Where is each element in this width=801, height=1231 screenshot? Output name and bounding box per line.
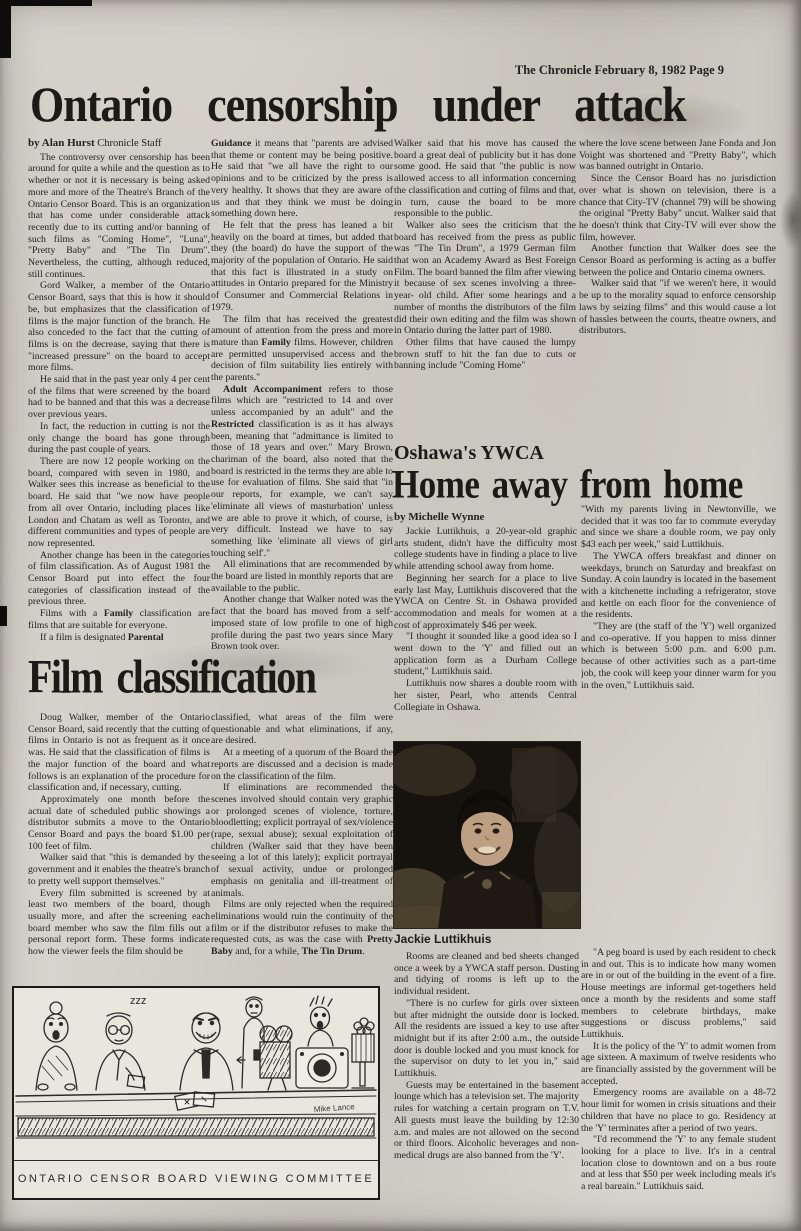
classification-column-2: classified, what areas of the film were …	[211, 712, 393, 974]
ywca-column-left-bottom: Rooms are cleaned and bed sheets changed…	[394, 951, 579, 1179]
jackie-luttikhuis-photo	[394, 742, 580, 928]
paragraph: Walker said that "if we weren't here, it…	[579, 278, 776, 337]
paragraph: Walker also sees the criticism that the …	[394, 220, 576, 337]
ywca-column-right-bottom: "A peg board is used by each resident to…	[581, 947, 776, 1189]
paragraph: The YWCA offers breakfast and dinner on …	[581, 551, 776, 621]
scan-artifact	[0, 606, 7, 626]
scan-smudge	[780, 190, 801, 250]
scan-artifact	[0, 0, 92, 6]
paragraph: Luttikhuis now shares a double room with…	[394, 678, 577, 713]
column-text: Jackie Luttikhuis, a 20-year-old graphic…	[394, 526, 577, 713]
byline-credit: Chronicle Staff	[95, 138, 162, 149]
paragraph: Beginning her search for a place to live…	[394, 573, 577, 632]
paragraph: The film that has received the greatest …	[211, 314, 393, 384]
paragraph: Jackie Luttikhuis, a 20-year-old graphic…	[394, 526, 577, 573]
ywca-column-left-top: Jackie Luttikhuis, a 20-year-old graphic…	[394, 526, 577, 740]
editorial-cartoon: zzz	[12, 986, 380, 1200]
paragraph: If a film is designated Parental	[28, 632, 210, 644]
paragraph: In fact, the reduction in cutting is not…	[28, 421, 210, 456]
paragraph: Every film submitted is screened by at l…	[28, 888, 210, 958]
paragraph: where the love scene between Jane Fonda …	[579, 138, 776, 173]
paragraph: Rooms are cleaned and bed sheets changed…	[394, 951, 579, 998]
column-text: Walker said that his move has caused the…	[394, 138, 576, 372]
paragraph: Another function that Walker does see th…	[579, 243, 776, 278]
cartoon-woman-bun	[50, 1002, 62, 1014]
paragraph: Since the Censor Board has no jurisdicti…	[579, 173, 776, 243]
scan-artifact	[0, 0, 11, 58]
column-text: "A peg board is used by each resident to…	[581, 947, 776, 1189]
paragraph: "I'd recommend the 'Y' to any female stu…	[581, 1134, 776, 1189]
censorship-column-4: where the love scene between Jane Fonda …	[579, 138, 776, 440]
paragraph: Guests may be entertained in the basemen…	[394, 1080, 579, 1162]
column-text: Rooms are cleaned and bed sheets changed…	[394, 951, 579, 1162]
snore-zzz: zzz	[130, 995, 147, 1007]
censorship-column-3: Walker said that his move has caused the…	[394, 138, 576, 440]
paragraph: He felt that the press has leaned a bit …	[211, 220, 393, 314]
paragraph: At a meeting of a quorum of the Board th…	[211, 747, 393, 782]
column-text: The controversy over censorship has been…	[28, 152, 210, 644]
paragraph: Approximately one month before the actua…	[28, 794, 210, 853]
column-text: "With my parents living in Newtonville, …	[581, 504, 776, 691]
column-text: Guidance it means that "parents are advi…	[211, 138, 393, 652]
byline-author: by Alan Hurst	[28, 138, 95, 149]
paragraph: If eliminations are recommended the scen…	[211, 782, 393, 899]
paragraph: classified, what areas of the film were …	[211, 712, 393, 747]
paragraph: Walker said that his move has caused the…	[394, 138, 576, 220]
censorship-byline: by Alan Hurst Chronicle Staff	[28, 138, 210, 150]
paragraph: Another change that Walker noted was the…	[211, 594, 393, 652]
censorship-headline: Ontario censorship under attack	[30, 76, 778, 133]
paragraph: "With my parents living in Newtonville, …	[581, 504, 776, 551]
paragraph: Films with a Family classification are f…	[28, 608, 210, 631]
cartoon-caption: ONTARIO CENSOR BOARD VIEWING COMMITTEE	[14, 1160, 378, 1197]
paragraph: Films are only rejected when the require…	[211, 899, 393, 958]
paragraph: Another change has been in the categorie…	[28, 550, 210, 609]
paragraph: Adult Accompaniment refers to those film…	[211, 384, 393, 560]
paragraph: "They are (the staff of the 'Y') well or…	[581, 621, 776, 691]
newspaper-page: The Chronicle February 8, 1982 Page 9 On…	[0, 0, 801, 1231]
ywca-byline: by Michelle Wynne	[394, 511, 484, 523]
paragraph: "I thought it sounded like a good idea s…	[394, 631, 577, 678]
paragraph: It is the policy of the 'Y' to admit wom…	[581, 1041, 776, 1088]
cartoonist-signature: Mike Lance	[314, 1102, 356, 1114]
paragraph: He said that in the past year only 4 per…	[28, 374, 210, 421]
paragraph: Other films that have caused the lumpy b…	[394, 337, 576, 372]
paragraph: "A peg board is used by each resident to…	[581, 947, 776, 1041]
paragraph: The controversy over censorship has been…	[28, 152, 210, 281]
photo-image	[394, 742, 580, 928]
paragraph: All eliminations that are recommended by…	[211, 559, 393, 594]
column-text: where the love scene between Jane Fonda …	[579, 138, 776, 337]
photo-caption: Jackie Luttikhuis	[394, 932, 491, 946]
classification-headline: Film classification	[28, 648, 394, 704]
ywca-column-right-top: "With my parents living in Newtonville, …	[581, 504, 776, 740]
paragraph: There are now 12 people working on the b…	[28, 456, 210, 550]
paragraph: Guidance it means that "parents are advi…	[211, 138, 393, 220]
paragraph: "There is no curfew for girls over sixte…	[394, 998, 579, 1080]
paragraph: Walker said that "this is demanded by th…	[28, 852, 210, 887]
ywca-headline: Home away from home	[392, 462, 778, 508]
censorship-column-1: by Alan Hurst Chronicle Staff The contro…	[28, 138, 210, 652]
paragraph: Gord Walker, a member of the Ontario Cen…	[28, 280, 210, 374]
column-text: Doug Walker, member of the Ontario Censo…	[28, 712, 210, 958]
classification-column-1: Doug Walker, member of the Ontario Censo…	[28, 712, 210, 974]
censorship-column-2: Guidance it means that "parents are advi…	[211, 138, 393, 652]
cartoon-drawing: zzz	[14, 988, 378, 1160]
paragraph: Emergency rooms are available on a 48-72…	[581, 1087, 776, 1134]
paragraph: Doug Walker, member of the Ontario Censo…	[28, 712, 210, 794]
column-text: classified, what areas of the film were …	[211, 712, 393, 958]
